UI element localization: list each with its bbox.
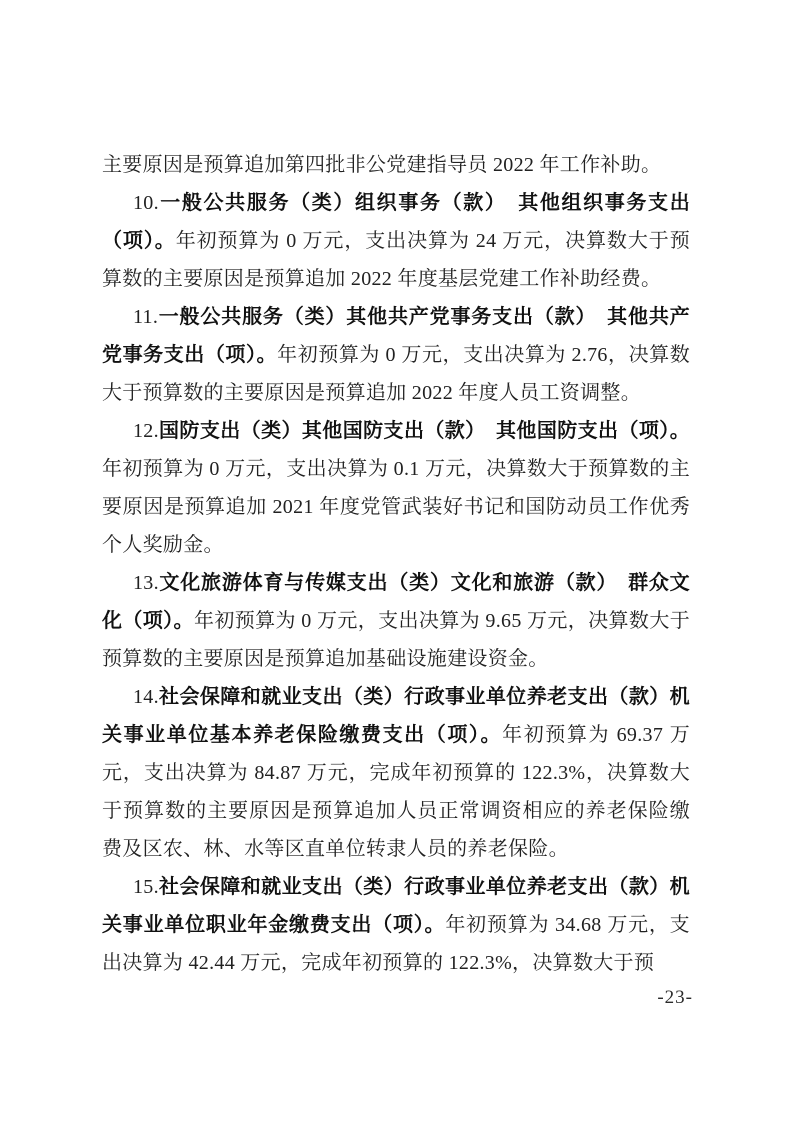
paragraph-item-10: 10.一般公共服务（类）组织事务（款） 其他组织事务支出（项）。年初预算为 0 … [102, 184, 690, 298]
text-segment: 年初预算为 0 万元，支出决算为 0.1 万元，决算数大于预算数的主要原因是预算… [102, 458, 690, 556]
paragraph-item-15: 15.社会保障和就业支出（类）行政事业单位养老支出（款）机关事业单位职业年金缴费… [102, 868, 690, 982]
text-segment: 15. [133, 876, 159, 898]
text-segment: 主要原因是预算追加第四批非公党建指导员 2022 年工作补助。 [102, 154, 661, 176]
text-segment: 12. [133, 420, 159, 442]
paragraph-item-14: 14.社会保障和就业支出（类）行政事业单位养老支出（款）机关事业单位基本养老保险… [102, 678, 690, 868]
text-segment: 13. [133, 572, 159, 594]
paragraph-item-13: 13.文化旅游体育与传媒支出（类）文化和旅游（款） 群众文化（项）。年初预算为 … [102, 564, 690, 678]
document-page: 主要原因是预算追加第四批非公党建指导员 2022 年工作补助。10.一般公共服务… [0, 0, 793, 1122]
document-body: 主要原因是预算追加第四批非公党建指导员 2022 年工作补助。10.一般公共服务… [102, 146, 690, 982]
page-number: -23- [657, 986, 693, 1010]
text-segment: 年初预算为 0 万元，支出决算为 24 万元，决算数大于预算数的主要原因是预算追… [102, 230, 690, 290]
text-segment: 11. [133, 306, 158, 328]
paragraph-item-12: 12.国防支出（类）其他国防支出（款） 其他国防支出（项）。年初预算为 0 万元… [102, 412, 690, 564]
paragraph-continuation: 主要原因是预算追加第四批非公党建指导员 2022 年工作补助。 [102, 146, 690, 184]
paragraph-item-11: 11.一般公共服务（类）其他共产党事务支出（款） 其他共产党事务支出（项）。年初… [102, 298, 690, 412]
text-segment: 10. [133, 192, 159, 214]
heading-segment: 国防支出（类）其他国防支出（款） 其他国防支出（项）。 [159, 420, 690, 442]
text-segment: 14. [133, 686, 159, 708]
